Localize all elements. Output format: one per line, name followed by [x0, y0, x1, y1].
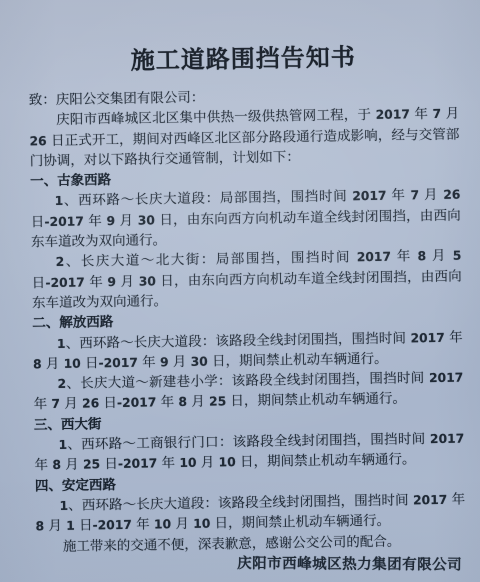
intro-paragraph: 庆阳市西峰城区北区集中供热一级供热管网工程，于 2017 年 7 月 26 日正…: [29, 104, 460, 172]
section-item: 1、西环路～长庆大道段：局部围挡，围挡时间 2017 年 7 月 26 日-20…: [30, 185, 461, 253]
section-item: 2、长庆大道～新建巷小学：该路段全线封闭围挡，围挡时间 2017 年 7 月 2…: [33, 368, 464, 415]
section-item: 1、西环路～长庆大道段：该路段全线封闭围挡，围挡时间 2017 年 8 月 10…: [33, 327, 464, 374]
section-item: 1、西环路～长庆大道段：该路段全线封闭围挡，围挡时间 2017 年 8 月 1 …: [35, 490, 466, 537]
section-item: 2、长庆大道～北大街：局部围挡，围挡时间 2017 年 8 月 5 日-2017…: [31, 246, 462, 314]
signature-company: 庆阳市西峰城区热力集团有限公司: [36, 552, 466, 575]
document-title: 施工道路围挡告知书: [28, 41, 458, 78]
document-photo: 施工道路围挡告知书 致：庆阳公交集团有限公司： 庆阳市西峰城区北区集中供热一级供…: [0, 0, 480, 582]
section-item: 1、西环路～工商银行门口：该路段全线封闭围挡，围挡时间 2017 年 8 月 2…: [34, 429, 465, 476]
notice-document: 施工道路围挡告知书 致：庆阳公交集团有限公司： 庆阳市西峰城区北区集中供热一级供…: [28, 41, 466, 578]
sections-container: 一、古象西路1、西环路～长庆大道段：局部围挡，围挡时间 2017 年 7 月 2…: [30, 165, 466, 537]
